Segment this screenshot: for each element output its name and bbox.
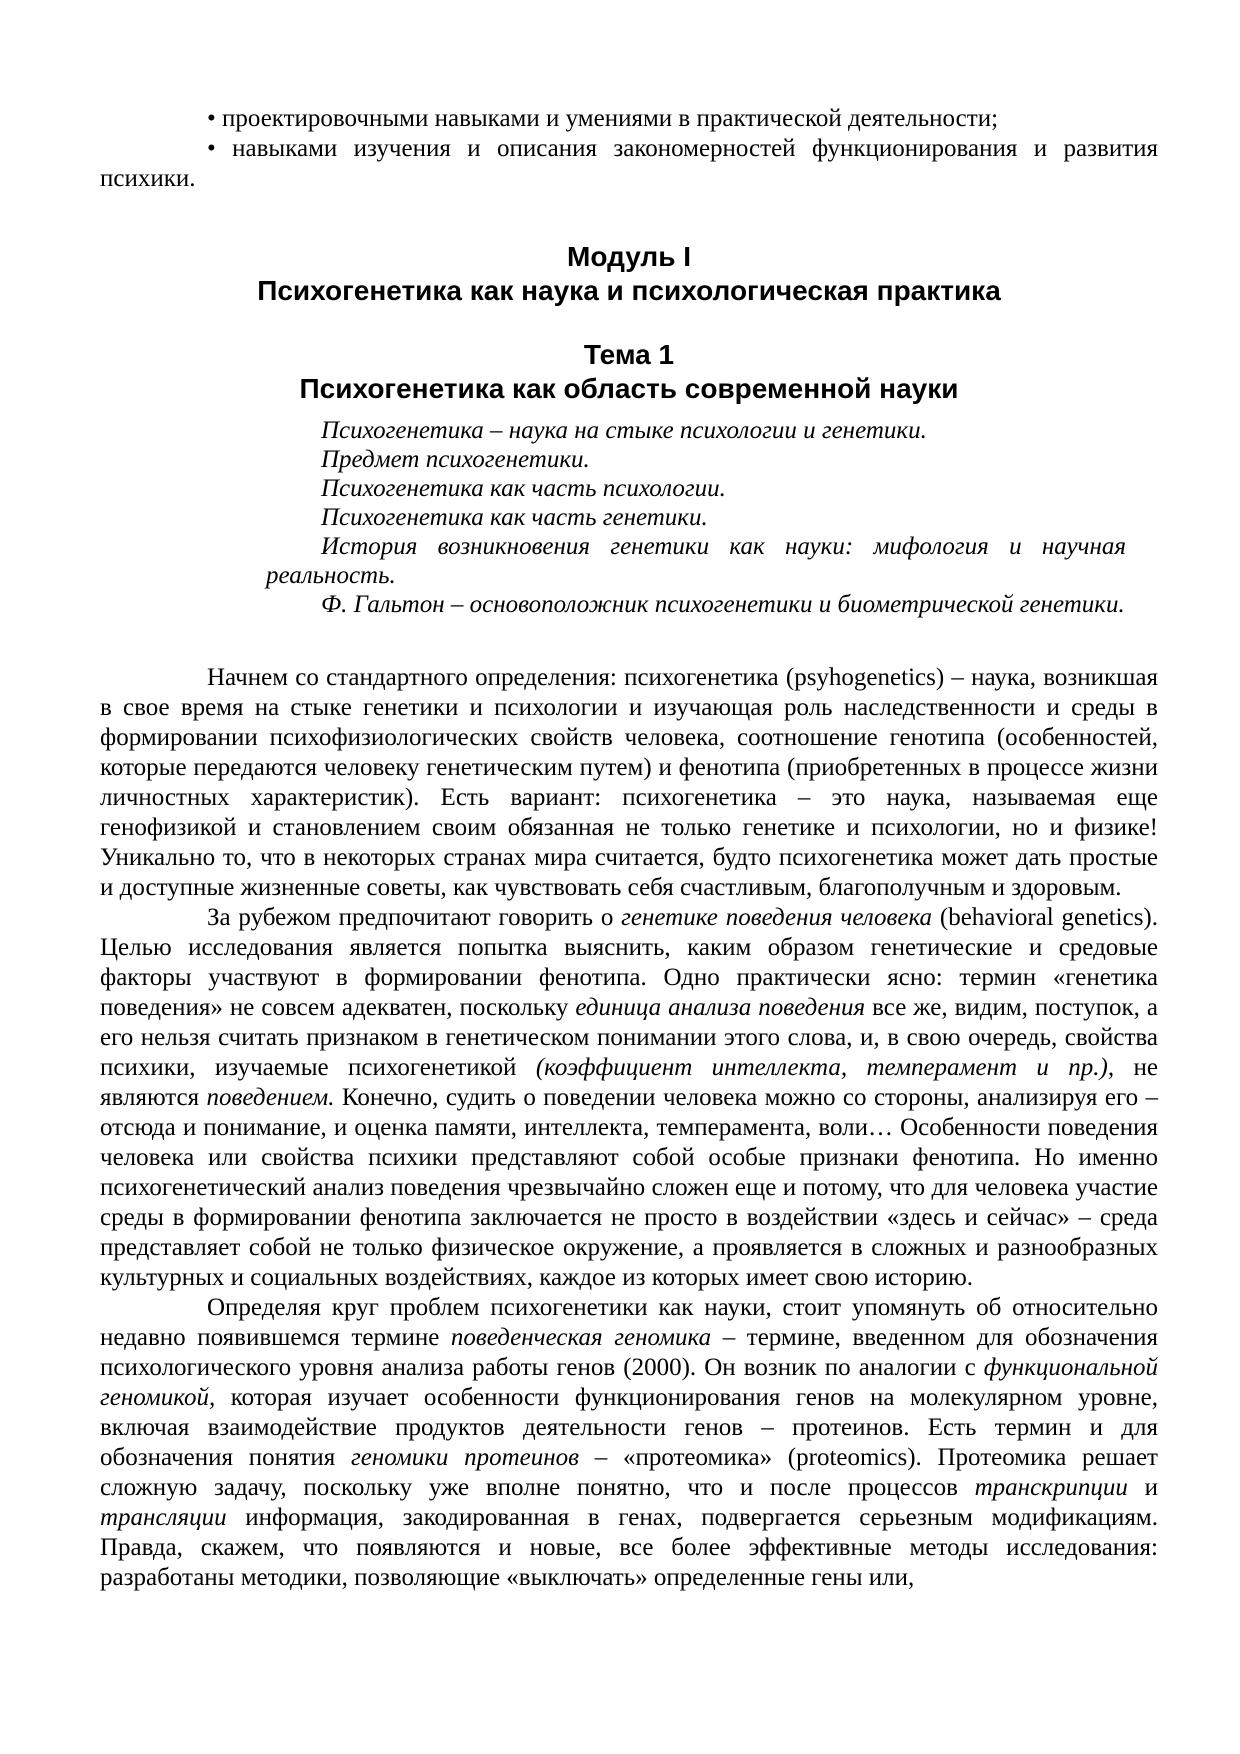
page-content: • проектировочными навыками и умениями в… <box>100 0 1158 1593</box>
abstract-line: Психогенетика – наука на стыке психологи… <box>266 416 1126 445</box>
paragraph: За рубежом предпочитают говорить о генет… <box>100 903 1158 1293</box>
topic-abstract: Психогенетика – наука на стыке психологи… <box>266 416 1126 619</box>
abstract-line: Предмет психогенетики. <box>266 445 1126 474</box>
bullet-marker: • <box>207 135 216 162</box>
module-title: Модуль I <box>100 240 1158 274</box>
text-run: Конечно, судить о поведении человека мож… <box>100 1084 1158 1291</box>
text-run: поведенческая геномика <box>451 1324 711 1351</box>
theme-subtitle: Психогенетика как область современной на… <box>100 372 1158 406</box>
abstract-line: История возникновения генетики как науки… <box>266 532 1126 590</box>
theme-heading-block: Тема 1 Психогенетика как область совреме… <box>100 338 1158 406</box>
text-run: (коэффициент интеллекта, темперамент и п… <box>536 1054 1114 1081</box>
bullet-text: проектировочными навыками и умениями в п… <box>222 105 998 132</box>
text-run: За рубежом предпочитают говорить о <box>207 904 621 931</box>
theme-title: Тема 1 <box>100 338 1158 372</box>
module-heading-block: Модуль I Психогенетика как наука и психо… <box>100 240 1158 308</box>
abstract-line: Психогенетика как часть генетики. <box>266 503 1126 532</box>
bullet-item: • проектировочными навыками и умениями в… <box>100 104 1158 134</box>
paragraph: Начнем со стандартного определения: псих… <box>100 663 1158 903</box>
bullet-marker: • <box>207 105 216 132</box>
text-run: единица анализа поведения <box>575 994 865 1021</box>
module-subtitle: Психогенетика как наука и психологическа… <box>100 274 1158 308</box>
text-run: генетике поведения человека <box>621 904 932 931</box>
bullet-text: навыками изучения и описания закономерно… <box>100 135 1158 192</box>
text-run: транскрипции <box>975 1474 1128 1501</box>
abstract-line: Психогенетика как часть психологии. <box>266 474 1126 503</box>
text-run: информация, закодированная в генах, подв… <box>100 1504 1158 1591</box>
abstract-line: Ф. Гальтон – основоположник психогенетик… <box>266 590 1126 619</box>
body-text: Начнем со стандартного определения: псих… <box>100 663 1158 1593</box>
text-run: трансляции <box>100 1504 227 1531</box>
text-run: и <box>1128 1474 1158 1501</box>
intro-bullet-list: • проектировочными навыками и умениями в… <box>100 104 1158 194</box>
text-run: поведением. <box>207 1084 335 1111</box>
text-run: Начнем со стандартного определения: псих… <box>100 664 1158 901</box>
document-page: • проектировочными навыками и умениями в… <box>0 0 1240 1754</box>
text-run: геномики протеинов <box>351 1444 579 1471</box>
bullet-item: • навыками изучения и описания закономер… <box>100 134 1158 194</box>
paragraph: Определяя круг проблем психогенетики как… <box>100 1293 1158 1593</box>
